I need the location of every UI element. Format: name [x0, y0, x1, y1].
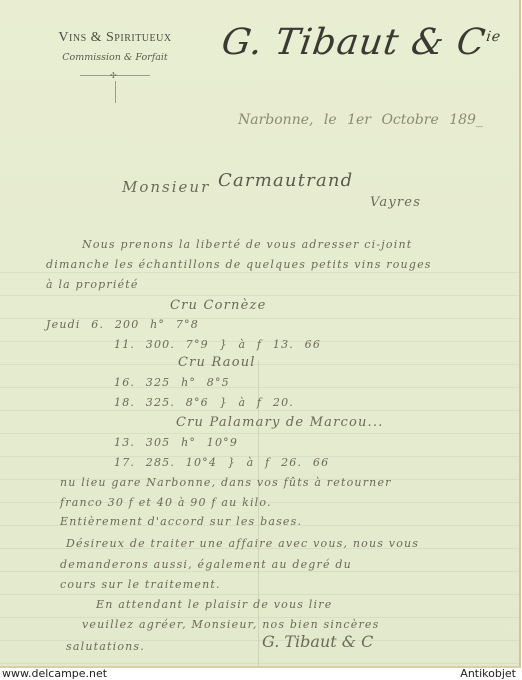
firm-name-text: G. Tibaut & C	[219, 22, 488, 63]
cru-heading: Cru Cornèze	[170, 298, 266, 313]
ornament-icon: ✣	[80, 73, 150, 103]
document-viewer: Vins & Spiritueux Commission & Forfait ✣…	[0, 0, 522, 680]
letter-sheet: Vins & Spiritueux Commission & Forfait ✣…	[0, 0, 521, 668]
intro-line: dimanche les échantillons de quelques pe…	[46, 258, 432, 271]
lot-row: Jeudi 6. 200 h° 7°8	[46, 318, 199, 331]
lot-row: 17. 285. 10°4 } à f 26. 66	[114, 456, 329, 469]
body-line: En attendant le plaisir de vous lire	[96, 598, 332, 611]
watermark-seller: Antikobjet	[460, 667, 516, 680]
lot-row: 16. 325 h° 8°5	[114, 376, 230, 389]
letterhead-left: Vins & Spiritueux Commission & Forfait ✣	[30, 30, 200, 103]
place-date: Narbonne, le 1er Octobre 189_	[238, 112, 483, 128]
body-line: veuillez agréer, Monsieur, nos bien sinc…	[82, 618, 380, 631]
business-line: Vins & Spiritueux	[30, 30, 200, 46]
firm-suffix: ie	[485, 29, 502, 45]
intro-line: à la propriété	[46, 278, 139, 291]
body-line: franco 30 f et 40 à 90 f au kilo.	[60, 496, 272, 509]
body-line: cours sur le traitement.	[60, 578, 221, 591]
firm-name: G. Tibaut & Cie	[219, 22, 503, 63]
cru-heading: Cru Raoul	[178, 355, 256, 370]
cru-heading: Cru Palamary de Marcou...	[176, 415, 384, 430]
body-line: salutations.	[66, 640, 145, 653]
lot-row: 18. 325. 8°6 } à f 20.	[114, 396, 294, 409]
body-line: demanderons aussi, également au degré du	[60, 558, 352, 571]
recipient-name: Carmautrand	[218, 170, 353, 191]
body-line: Entièrement d'accord sur les bases.	[60, 515, 302, 528]
body-line: Désireux de traiter une affaire avec vou…	[66, 537, 419, 550]
lot-row: 11. 300. 7°9 } à f 13. 66	[114, 338, 321, 351]
body-line: nu lieu gare Narbonne, dans vos fûts à r…	[60, 476, 392, 489]
letterhead-subtitle: Commission & Forfait	[30, 52, 200, 63]
signature: G. Tibaut & C	[262, 632, 373, 651]
watermark-site: www.delcampe.net	[2, 667, 107, 680]
intro-line: Nous prenons la liberté de vous adresser…	[82, 238, 412, 251]
lot-row: 13. 305 h° 10°9	[114, 436, 238, 449]
salutation: Monsieur	[122, 178, 210, 196]
recipient-town: Vayres	[370, 195, 421, 210]
